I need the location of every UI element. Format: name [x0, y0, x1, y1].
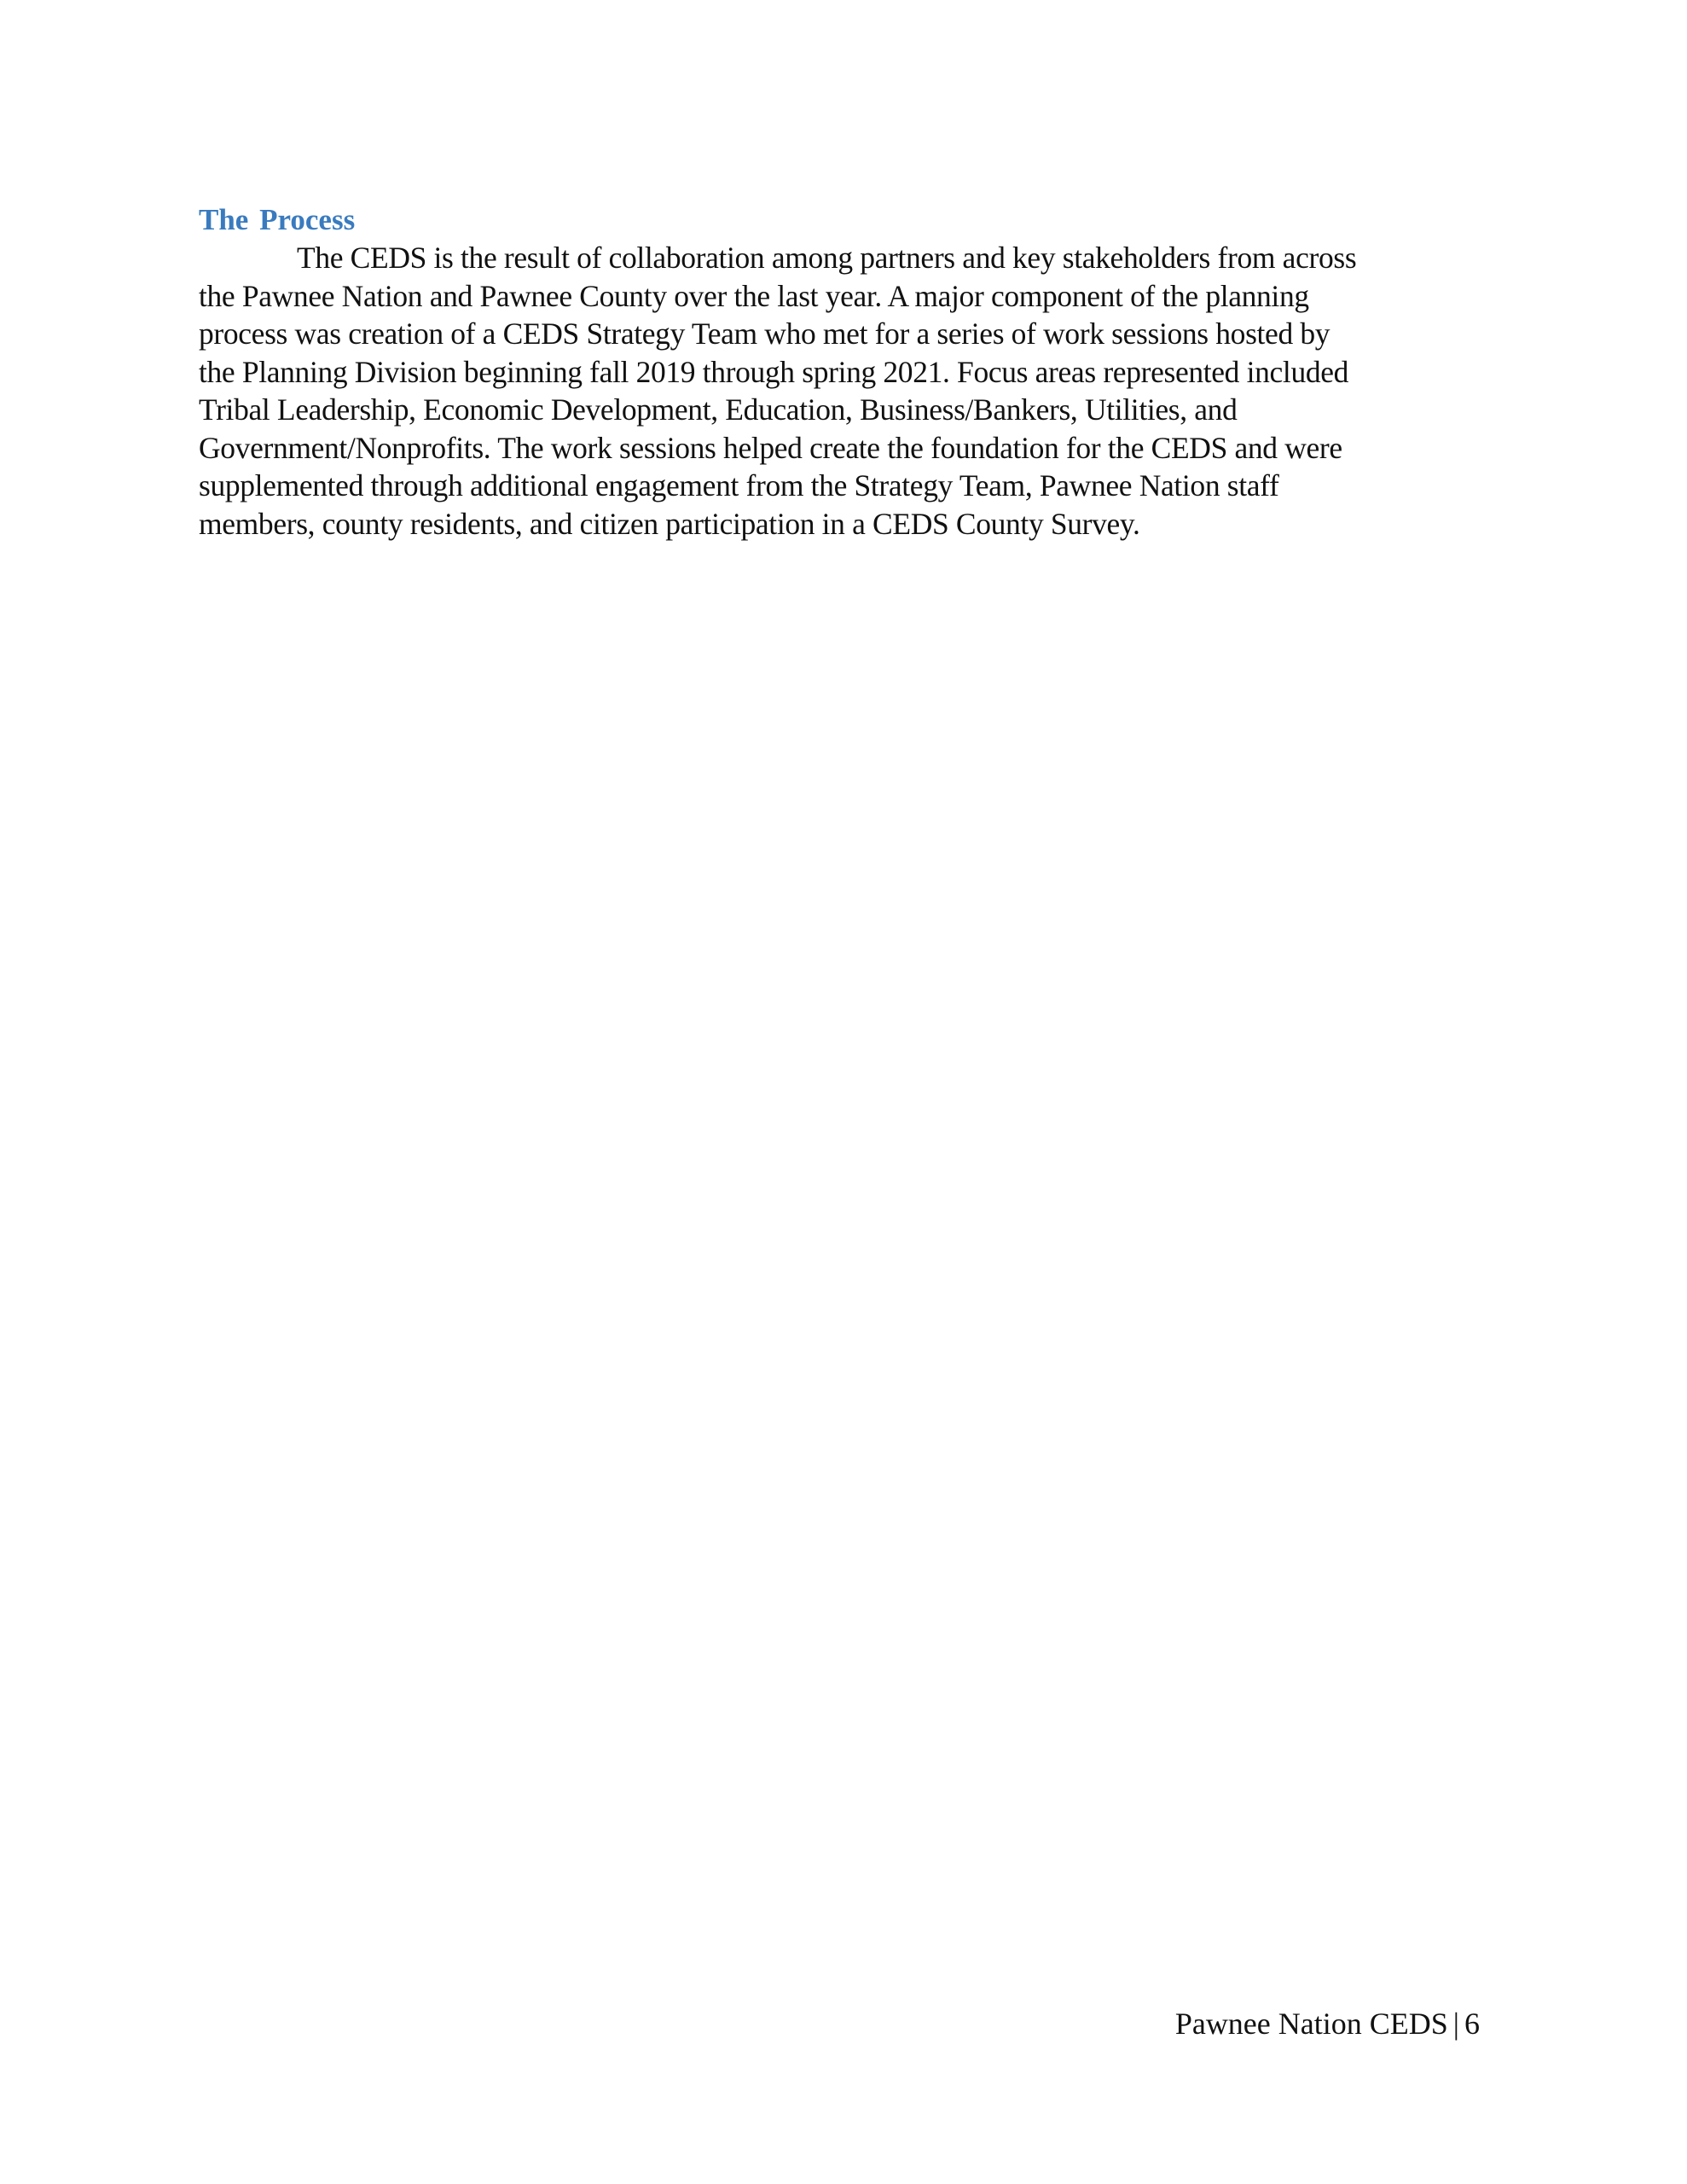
- page-content: The Process The CEDS is the result of co…: [199, 201, 1478, 543]
- paragraph-line: The CEDS is the result of collaboration …: [199, 239, 1478, 277]
- paragraph-line: supplemented through additional engageme…: [199, 467, 1478, 505]
- section-heading: The Process: [199, 201, 1478, 239]
- page-number: 6: [1464, 2007, 1480, 2041]
- page-footer: Pawnee Nation CEDS|6: [1175, 2005, 1480, 2042]
- footer-title: Pawnee Nation CEDS: [1175, 2007, 1448, 2041]
- body-paragraph: The CEDS is the result of collaboration …: [199, 239, 1478, 543]
- paragraph-line: Tribal Leadership, Economic Development,…: [199, 391, 1478, 429]
- paragraph-line: the Pawnee Nation and Pawnee County over…: [199, 277, 1478, 316]
- document-page: The Process The CEDS is the result of co…: [0, 0, 1687, 2184]
- paragraph-line: the Planning Division beginning fall 201…: [199, 353, 1478, 392]
- paragraph-line: process was creation of a CEDS Strategy …: [199, 315, 1478, 353]
- footer-separator: |: [1448, 2007, 1464, 2041]
- paragraph-line: members, county residents, and citizen p…: [199, 505, 1478, 543]
- paragraph-line: Government/Nonprofits. The work sessions…: [199, 429, 1478, 468]
